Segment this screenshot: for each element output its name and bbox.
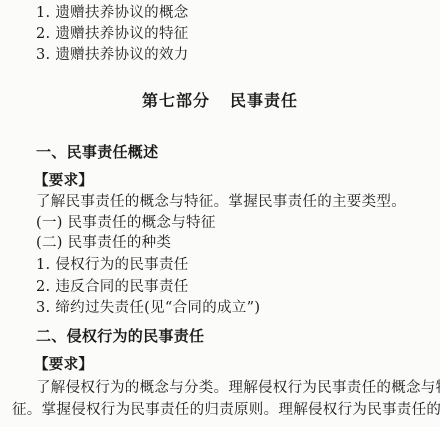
list-item: (一) 民事责任的概念与特征 <box>36 213 216 233</box>
requirement-text: 了解侵权行为的概念与分类。理解侵权行为民事责任的概念与特 <box>36 378 440 398</box>
list-item: 2. 违反合同的民事责任 <box>36 277 189 297</box>
list-item: 3. 缔约过失责任(见“合同的成立”) <box>36 298 260 318</box>
requirement-text: 了解民事责任的概念与特征。掌握民事责任的主要类型。 <box>36 192 406 212</box>
list-item: (二) 民事责任的种类 <box>36 233 171 253</box>
part-number: 第七部分 <box>142 91 210 110</box>
part-title: 第七部分民事责任 <box>0 90 440 112</box>
requirement-label: 【要求】 <box>34 171 93 191</box>
list-item: 1. 遗赠扶养协议的概念 <box>36 3 189 23</box>
requirement-label: 【要求】 <box>34 355 93 375</box>
part-name: 民事责任 <box>230 91 298 110</box>
section-heading: 二、侵权行为的民事责任 <box>36 326 204 346</box>
list-item: 2. 遗赠扶养协议的特征 <box>36 24 189 44</box>
section-heading: 一、民事责任概述 <box>36 142 158 162</box>
list-item: 3. 遗赠扶养协议的效力 <box>36 45 189 65</box>
list-item: 1. 侵权行为的民事责任 <box>36 255 189 275</box>
requirement-text: 征。掌握侵权行为民事责任的归责原则。理解侵权行为民事责任的承 <box>12 400 440 420</box>
